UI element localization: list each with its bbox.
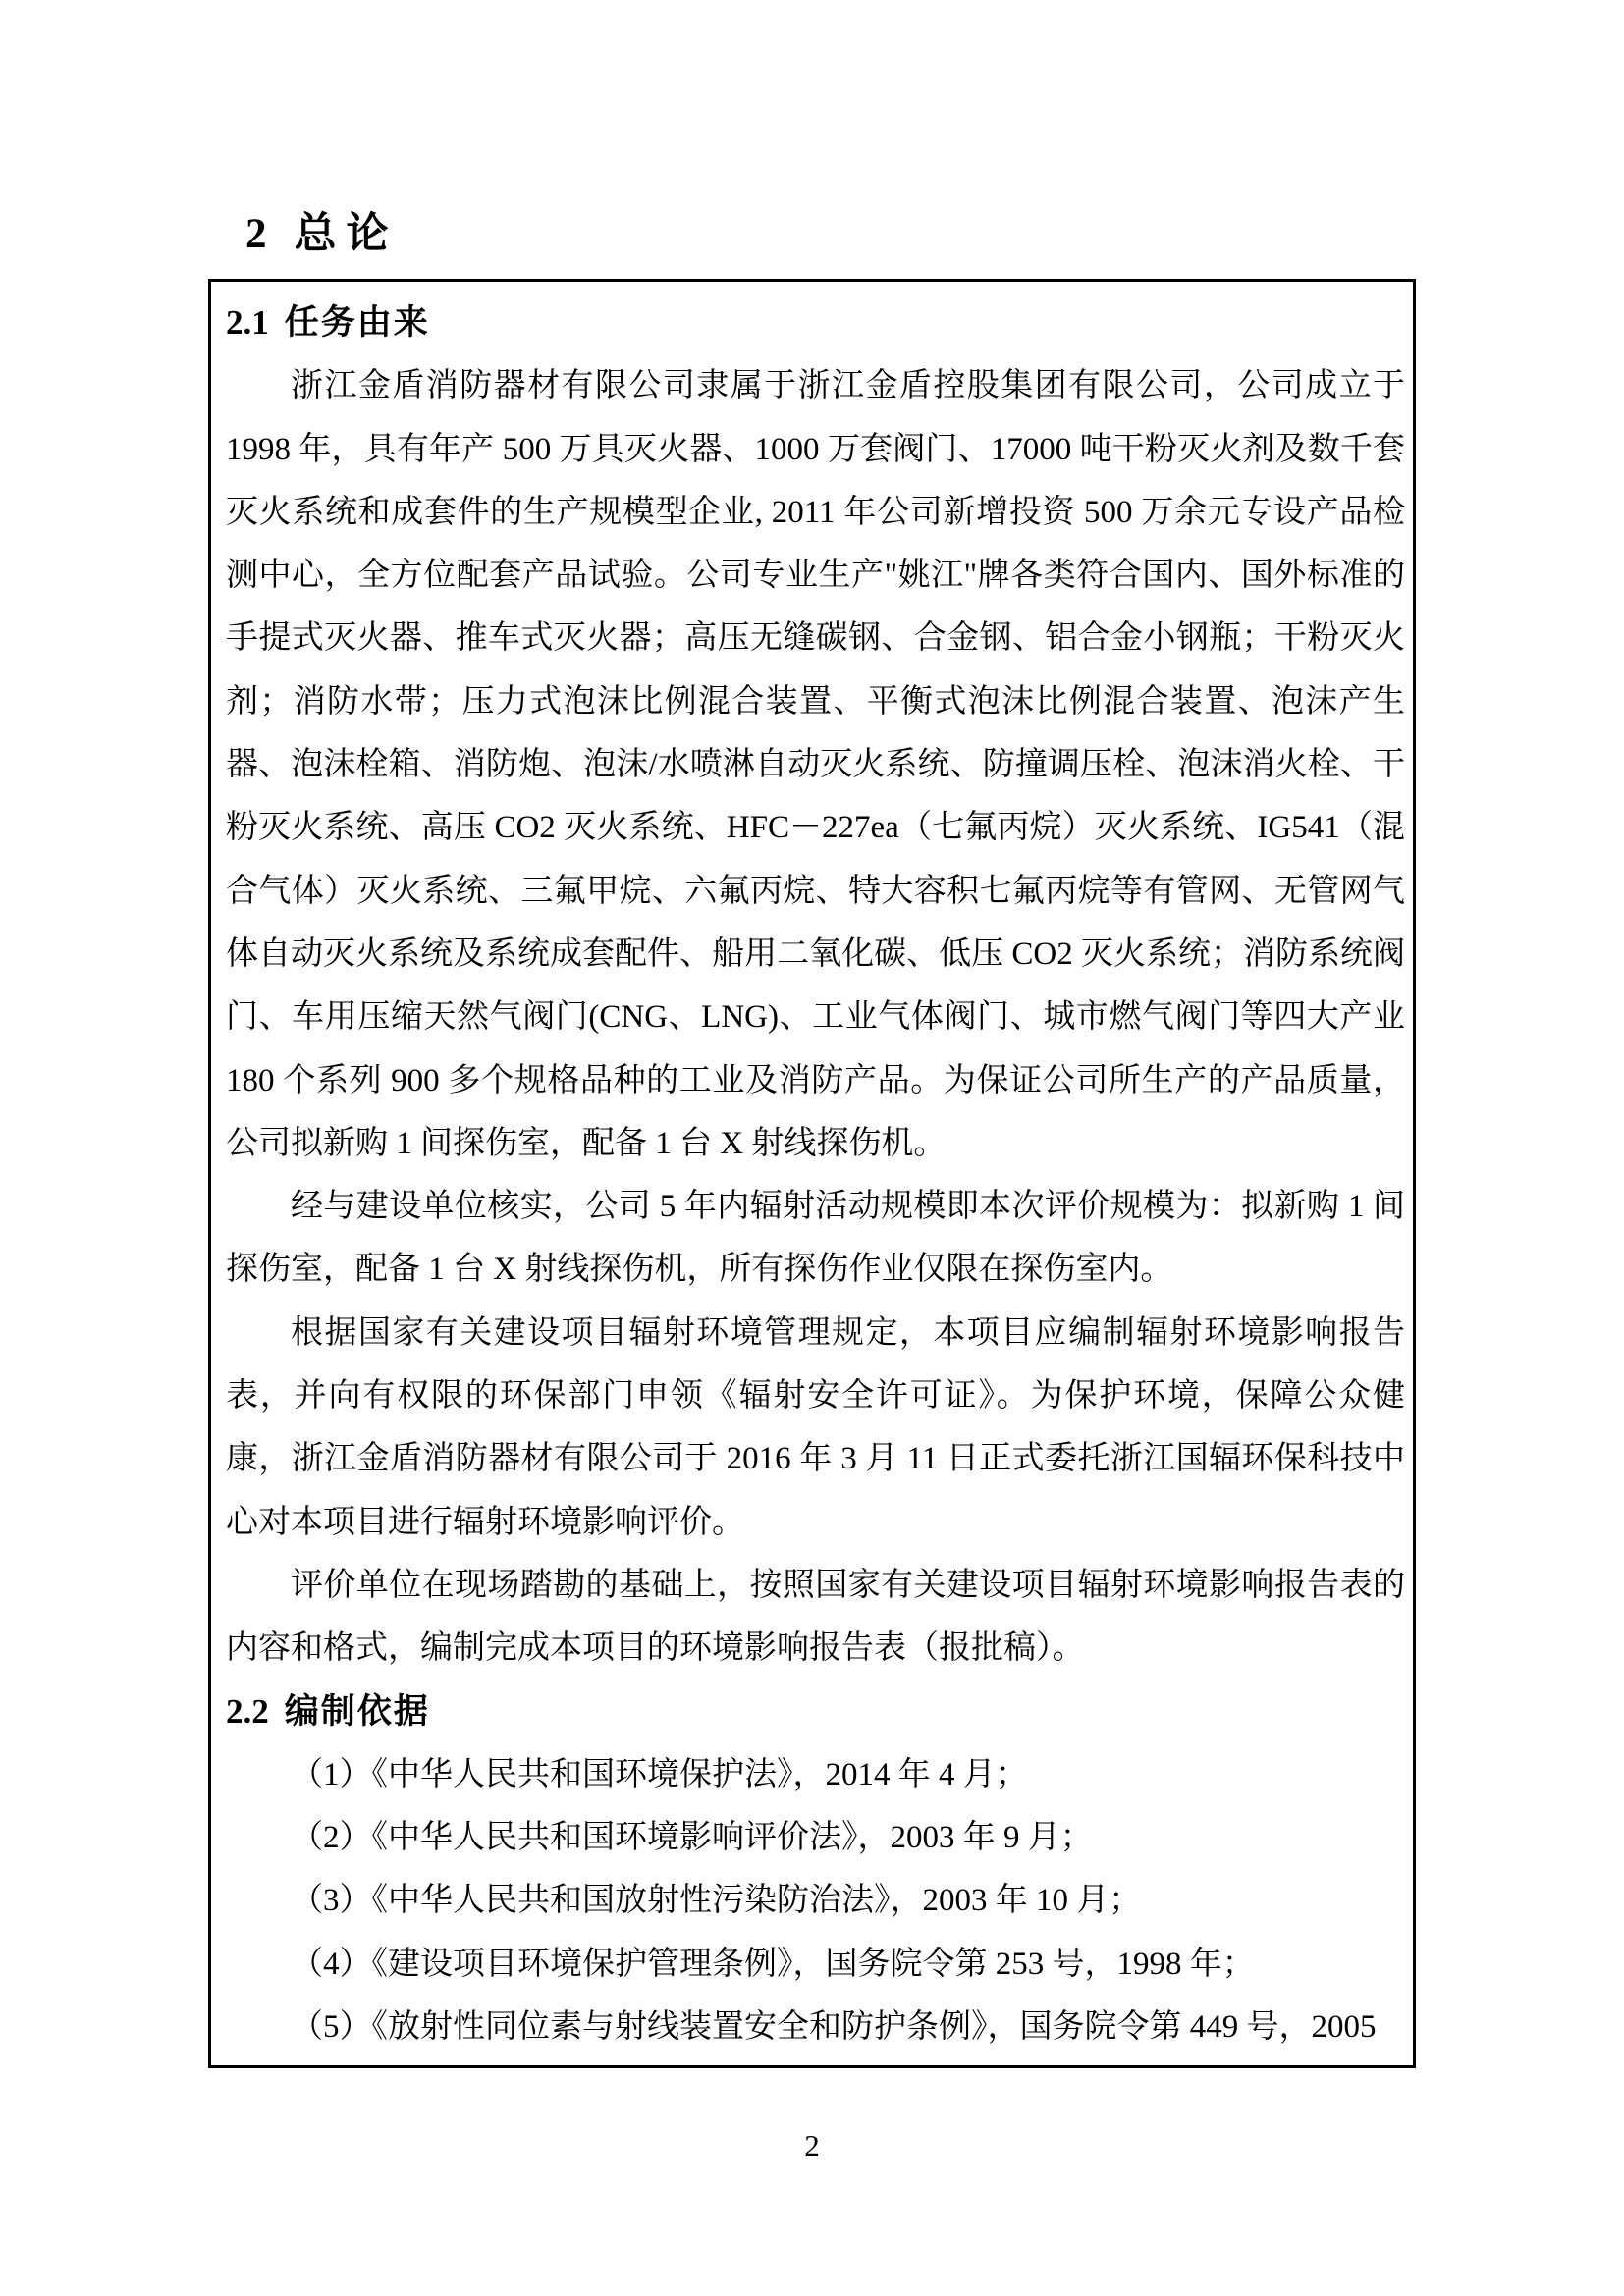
section-2-1-number: 2.1 (226, 303, 269, 342)
reference-item-4: （4）《建设项目环境保护管理条例》，国务院令第 253 号，1998 年； (226, 1933, 1405, 1996)
reference-item-1: （1）《中华人民共和国环境保护法》，2014 年 4 月； (226, 1743, 1405, 1806)
reference-item-3: （3）《中华人民共和国放射性污染防治法》，2003 年 10 月； (226, 1869, 1405, 1932)
section-2-2-number: 2.2 (226, 1692, 269, 1731)
document-page: 2总论 2.1任务由来 浙江金盾消防器材有限公司隶属于浙江金盾控股集团有限公司，… (0, 0, 1624, 2296)
reference-item-5: （5）《放射性同位素与射线装置安全和防护条例》，国务院令第 449 号，2005 (226, 1996, 1405, 2058)
paragraph-evaluation-scale: 经与建设单位核实，公司 5 年内辐射活动规模即本次评价规模为：拟新购 1 间探伤… (226, 1175, 1405, 1302)
section-2-1-title: 任务由来 (285, 303, 430, 342)
chapter-title: 2总论 (245, 206, 399, 262)
paragraph-company-intro: 浙江金盾消防器材有限公司隶属于浙江金盾控股集团有限公司，公司成立于 1998 年… (226, 354, 1405, 1175)
chapter-number: 2 (245, 211, 267, 257)
reference-item-2: （2）《中华人民共和国环境影响评价法》，2003 年 9 月； (226, 1806, 1405, 1869)
section-heading-2-2: 2.2编制依据 (226, 1681, 1405, 1743)
section-2-2-title: 编制依据 (285, 1692, 430, 1731)
chapter-title-text: 总论 (295, 210, 399, 257)
section-heading-2-1: 2.1任务由来 (226, 292, 1405, 354)
report-content-box: 2.1任务由来 浙江金盾消防器材有限公司隶属于浙江金盾控股集团有限公司，公司成立… (208, 279, 1416, 2068)
paragraph-commission: 根据国家有关建设项目辐射环境管理规定，本项目应编制辐射环境影响报告表，并向有权限… (226, 1302, 1405, 1554)
page-number: 2 (0, 2126, 1624, 2165)
paragraph-report-completion: 评价单位在现场踏勘的基础上，按照国家有关建设项目辐射环境影响报告表的内容和格式，… (226, 1554, 1405, 1681)
